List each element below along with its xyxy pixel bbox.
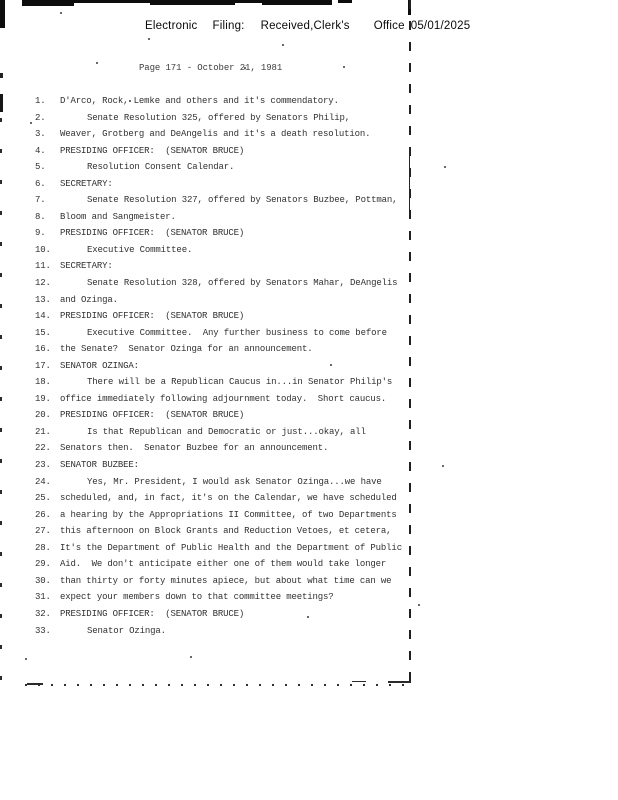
scan-artifact-bottom-edge bbox=[25, 684, 411, 686]
line-text: Senator Ozinga. bbox=[60, 626, 166, 643]
line-text: Resolution Consent Calendar. bbox=[60, 162, 234, 179]
line-text: SENATOR BUZBEE: bbox=[60, 460, 139, 477]
scan-speck bbox=[129, 100, 131, 102]
transcript-line: 14. PRESIDING OFFICER: (SENATOR BRUCE) bbox=[0, 311, 480, 328]
scan-speck bbox=[25, 658, 27, 660]
transcript-line: 29. Aid. We don't anticipate either one … bbox=[0, 559, 480, 576]
transcript-line: 5. Resolution Consent Calendar. bbox=[0, 162, 480, 179]
scan-speck bbox=[330, 364, 332, 366]
line-number: 28. bbox=[35, 543, 60, 560]
transcript-line: 33. Senator Ozinga. bbox=[0, 626, 480, 643]
transcript-line: 16. the Senate? Senator Ozinga for an an… bbox=[0, 344, 480, 361]
line-text: PRESIDING OFFICER: (SENATOR BRUCE) bbox=[60, 311, 244, 328]
stamp-date: 05/01/2025 bbox=[411, 20, 471, 32]
scan-speck bbox=[418, 604, 420, 606]
scan-artifact-top-bar bbox=[262, 1, 332, 5]
line-text: Yes, Mr. President, I would ask Senator … bbox=[60, 477, 382, 494]
transcript-line: 13. and Ozinga. bbox=[0, 295, 480, 312]
scan-artifact-top-bar bbox=[338, 0, 352, 3]
line-text: than thirty or forty minutes apiece, but… bbox=[60, 576, 391, 593]
line-text: There will be a Republican Caucus in...i… bbox=[60, 377, 392, 394]
scanned-document-page: { "stamp": { "parts": ["Electronic", "Fi… bbox=[0, 0, 618, 800]
line-text: Aid. We don't anticipate either one of t… bbox=[60, 559, 386, 576]
line-number: 9. bbox=[35, 228, 60, 245]
line-text: It's the Department of Public Health and… bbox=[60, 543, 402, 560]
line-number: 26. bbox=[35, 510, 60, 527]
line-number: 15. bbox=[35, 328, 60, 345]
line-number: 14. bbox=[35, 311, 60, 328]
line-text: SENATOR OZINGA: bbox=[60, 361, 139, 378]
scan-artifact-left-edge bbox=[0, 118, 2, 685]
page-header: Page 171 - October 21, 1981 bbox=[139, 63, 282, 73]
scan-speck bbox=[96, 62, 98, 64]
efiling-stamp: Electronic Filing: Received,Clerk's Offi… bbox=[145, 20, 470, 32]
line-text: scheduled, and, in fact, it's on the Cal… bbox=[60, 493, 397, 510]
line-text: a hearing by the Appropriations II Commi… bbox=[60, 510, 397, 527]
transcript-line: 31. expect your members down to that com… bbox=[0, 592, 480, 609]
transcript-line: 19. office immediately following adjourn… bbox=[0, 394, 480, 411]
line-text: Executive Committee. Any further busines… bbox=[60, 328, 387, 345]
line-number: 25. bbox=[35, 493, 60, 510]
line-number: 12. bbox=[35, 278, 60, 295]
line-number: 13. bbox=[35, 295, 60, 312]
line-text: Bloom and Sangmeister. bbox=[60, 212, 176, 229]
scan-speck bbox=[343, 66, 345, 68]
scan-artifact-right-edge bbox=[409, 0, 411, 687]
line-number: 18. bbox=[35, 377, 60, 394]
line-number: 31. bbox=[35, 592, 60, 609]
scan-artifact-right-edge bbox=[409, 148, 410, 210]
scan-artifact-bottom-edge bbox=[352, 681, 366, 682]
line-number: 24. bbox=[35, 477, 60, 494]
transcript-line: 15. Executive Committee. Any further bus… bbox=[0, 328, 480, 345]
line-text: PRESIDING OFFICER: (SENATOR BRUCE) bbox=[60, 228, 244, 245]
scan-speck bbox=[282, 44, 284, 46]
scan-artifact-left-edge bbox=[0, 94, 3, 112]
line-number: 33. bbox=[35, 626, 60, 643]
line-number: 19. bbox=[35, 394, 60, 411]
line-text: Senate Resolution 328, offered by Senato… bbox=[60, 278, 397, 295]
scan-artifact-bottom-edge bbox=[388, 681, 411, 683]
stamp-word-office: Office bbox=[374, 20, 405, 32]
line-text: PRESIDING OFFICER: (SENATOR BRUCE) bbox=[60, 410, 244, 427]
line-text: Senate Resolution 325, offered by Senato… bbox=[60, 113, 350, 130]
transcript-line: 7. Senate Resolution 327, offered by Sen… bbox=[0, 195, 480, 212]
transcript-line: 23. SENATOR BUZBEE: bbox=[0, 460, 480, 477]
line-number: 7. bbox=[35, 195, 60, 212]
scan-artifact-top-bar bbox=[150, 0, 235, 5]
scan-speck bbox=[30, 122, 32, 124]
transcript-line: 17. SENATOR OZINGA: bbox=[0, 361, 480, 378]
transcript-line: 25. scheduled, and, in fact, it's on the… bbox=[0, 493, 480, 510]
line-number: 27. bbox=[35, 526, 60, 543]
line-text: PRESIDING OFFICER: (SENATOR BRUCE) bbox=[60, 609, 244, 626]
transcript-line: 30. than thirty or forty minutes apiece,… bbox=[0, 576, 480, 593]
stamp-word-electronic: Electronic bbox=[145, 20, 198, 32]
transcript-lines: 1. D'Arco, Rock, Lemke and others and it… bbox=[0, 96, 480, 642]
transcript-line: 8. Bloom and Sangmeister. bbox=[0, 212, 480, 229]
line-number: 1. bbox=[35, 96, 60, 113]
transcript-line: 18. There will be a Republican Caucus in… bbox=[0, 377, 480, 394]
line-text: Senators then. Senator Buzbee for an ann… bbox=[60, 443, 328, 460]
line-number: 23. bbox=[35, 460, 60, 477]
scan-speck bbox=[60, 12, 62, 14]
line-number: 4. bbox=[35, 146, 60, 163]
line-number: 5. bbox=[35, 162, 60, 179]
line-text: Executive Committee. bbox=[60, 245, 192, 262]
scan-artifact-bottom-edge bbox=[27, 683, 43, 685]
transcript-line: 2. Senate Resolution 325, offered by Sen… bbox=[0, 113, 480, 130]
line-number: 8. bbox=[35, 212, 60, 229]
transcript-line: 3. Weaver, Grotberg and DeAngelis and it… bbox=[0, 129, 480, 146]
line-number: 10. bbox=[35, 245, 60, 262]
line-number: 29. bbox=[35, 559, 60, 576]
line-number: 3. bbox=[35, 129, 60, 146]
transcript-line: 9. PRESIDING OFFICER: (SENATOR BRUCE) bbox=[0, 228, 480, 245]
line-number: 6. bbox=[35, 179, 60, 196]
line-text: and Ozinga. bbox=[60, 295, 118, 312]
scan-speck bbox=[307, 616, 309, 618]
transcript-line: 10. Executive Committee. bbox=[0, 245, 480, 262]
line-number: 2. bbox=[35, 113, 60, 130]
scan-speck bbox=[444, 166, 446, 168]
line-text: SECRETARY: bbox=[60, 179, 113, 196]
line-text: D'Arco, Rock, Lemke and others and it's … bbox=[60, 96, 339, 113]
scan-speck bbox=[190, 656, 192, 658]
scan-artifact-top-bar bbox=[22, 0, 74, 6]
line-text: office immediately following adjournment… bbox=[60, 394, 386, 411]
transcript-line: 24. Yes, Mr. President, I would ask Sena… bbox=[0, 477, 480, 494]
transcript-line: 28. It's the Department of Public Health… bbox=[0, 543, 480, 560]
line-number: 32. bbox=[35, 609, 60, 626]
line-number: 21. bbox=[35, 427, 60, 444]
transcript-line: 12. Senate Resolution 328, offered by Se… bbox=[0, 278, 480, 295]
transcript-line: 27. this afternoon on Block Grants and R… bbox=[0, 526, 480, 543]
line-number: 22. bbox=[35, 443, 60, 460]
transcript-line: 6. SECRETARY: bbox=[0, 179, 480, 196]
transcript-line: 26. a hearing by the Appropriations II C… bbox=[0, 510, 480, 527]
transcript-line: 11. SECRETARY: bbox=[0, 261, 480, 278]
line-text: the Senate? Senator Ozinga for an announ… bbox=[60, 344, 313, 361]
line-text: SECRETARY: bbox=[60, 261, 113, 278]
line-number: 30. bbox=[35, 576, 60, 593]
transcript-line: 1. D'Arco, Rock, Lemke and others and it… bbox=[0, 96, 480, 113]
scan-speck bbox=[442, 465, 444, 467]
line-text: this afternoon on Block Grants and Reduc… bbox=[60, 526, 391, 543]
line-number: 11. bbox=[35, 261, 60, 278]
stamp-word-filing: Filing: bbox=[213, 20, 245, 32]
scan-artifact-left-edge bbox=[0, 0, 5, 28]
line-text: PRESIDING OFFICER: (SENATOR BRUCE) bbox=[60, 146, 244, 163]
transcript-line: 32. PRESIDING OFFICER: (SENATOR BRUCE) bbox=[0, 609, 480, 626]
transcript-line: 4. PRESIDING OFFICER: (SENATOR BRUCE) bbox=[0, 146, 480, 163]
transcript-line: 21. Is that Republican and Democratic or… bbox=[0, 427, 480, 444]
transcript-line: 22. Senators then. Senator Buzbee for an… bbox=[0, 443, 480, 460]
line-text: Weaver, Grotberg and DeAngelis and it's … bbox=[60, 129, 370, 146]
line-text: expect your members down to that committ… bbox=[60, 592, 334, 609]
scan-speck bbox=[244, 67, 246, 69]
line-number: 16. bbox=[35, 344, 60, 361]
line-text: Senate Resolution 327, offered by Senato… bbox=[60, 195, 397, 212]
transcript-line: 20. PRESIDING OFFICER: (SENATOR BRUCE) bbox=[0, 410, 480, 427]
line-number: 17. bbox=[35, 361, 60, 378]
line-number: 20. bbox=[35, 410, 60, 427]
stamp-word-received-clerks: Received,Clerk's bbox=[261, 20, 350, 32]
scan-artifact-left-edge bbox=[0, 73, 3, 78]
line-text: Is that Republican and Democratic or jus… bbox=[60, 427, 366, 444]
scan-speck bbox=[148, 38, 150, 40]
